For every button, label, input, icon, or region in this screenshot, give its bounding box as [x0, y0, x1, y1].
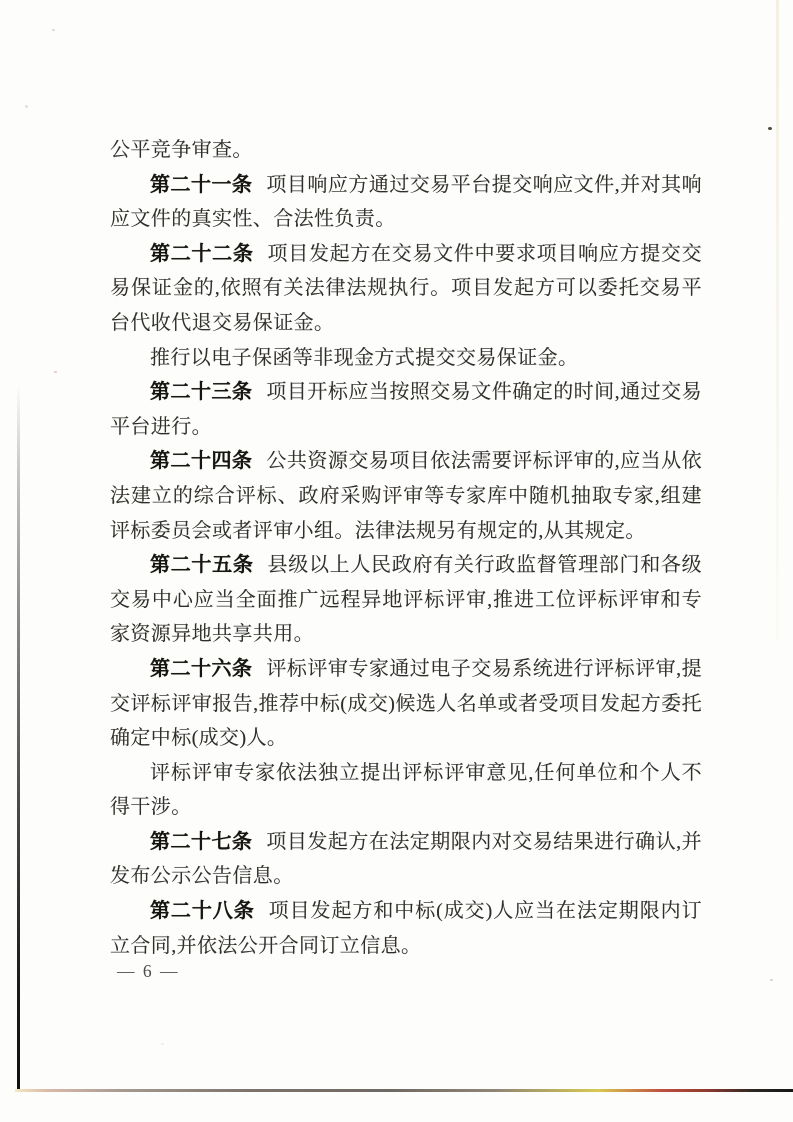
paragraph-text: 推行以电子保函等非现金方式提交交易保证金。 — [150, 347, 578, 369]
page-edge-shadow-bottom — [15, 1089, 793, 1092]
article-27-paragraph: 第二十七条项目发起方在法定期限内对交易结果进行确认,并发布公示公告信息。 — [110, 825, 702, 894]
article-23-paragraph: 第二十三条项目开标应当按照交易文件确定的时间,通过交易平台进行。 — [110, 375, 702, 444]
scan-speck — [161, 1043, 164, 1045]
document-body: 公平竞争审查。 第二十一条项目响应方通过交易平台提交响应文件,并对其响应文件的真… — [110, 133, 702, 963]
article-27-number: 第二十七条 — [150, 831, 266, 853]
article-24-number: 第二十四条 — [150, 450, 266, 472]
paragraph-text: 评标评审专家依法独立提出评标评审意见,任何单位和个人不得干涉。 — [110, 762, 702, 819]
paragraph-continuation: 公平竞争审查。 — [110, 133, 702, 168]
scan-edge-tint — [776, 0, 779, 640]
article-28-paragraph: 第二十八条项目发起方和中标(成交)人应当在法定期限内订立合同,并依法公开合同订立… — [110, 894, 702, 963]
article-26-subparagraph: 评标评审专家依法独立提出评标评审意见,任何单位和个人不得干涉。 — [110, 756, 702, 825]
scan-speck — [768, 127, 772, 130]
scan-speck — [770, 979, 773, 981]
scanned-document-page: 公平竞争审查。 第二十一条项目响应方通过交易平台提交响应文件,并对其响应文件的真… — [0, 0, 793, 1122]
article-25-paragraph: 第二十五条县级以上人民政府有关行政监督管理部门和各级交易中心应当全面推广远程异地… — [110, 548, 702, 652]
scan-speck — [25, 105, 28, 108]
article-22-paragraph: 第二十二条项目发起方在交易文件中要求项目响应方提交交易保证金的,依照有关法律法规… — [110, 237, 702, 341]
scan-speck — [52, 29, 55, 31]
article-22-subparagraph: 推行以电子保函等非现金方式提交交易保证金。 — [110, 341, 702, 376]
article-23-number: 第二十三条 — [150, 381, 266, 403]
article-24-paragraph: 第二十四条公共资源交易项目依法需要评标评审的,应当从依法建立的综合评标、政府采购… — [110, 444, 702, 548]
article-26-paragraph: 第二十六条评标评审专家通过电子交易系统进行评标评审,提交评标评审报告,推荐中标(… — [110, 652, 702, 756]
scan-speck — [54, 371, 57, 373]
article-22-number: 第二十二条 — [150, 243, 268, 265]
article-26-number: 第二十六条 — [150, 658, 266, 680]
article-25-number: 第二十五条 — [150, 554, 268, 576]
article-28-number: 第二十八条 — [150, 900, 269, 922]
paragraph-text: 公平竞争审查。 — [110, 139, 253, 161]
article-21-paragraph: 第二十一条项目响应方通过交易平台提交响应文件,并对其响应文件的真实性、合法性负责… — [110, 168, 702, 237]
page-edge-shadow-left — [17, 385, 20, 1091]
page-number: — 6 — — [117, 961, 180, 982]
article-21-number: 第二十一条 — [150, 174, 266, 196]
